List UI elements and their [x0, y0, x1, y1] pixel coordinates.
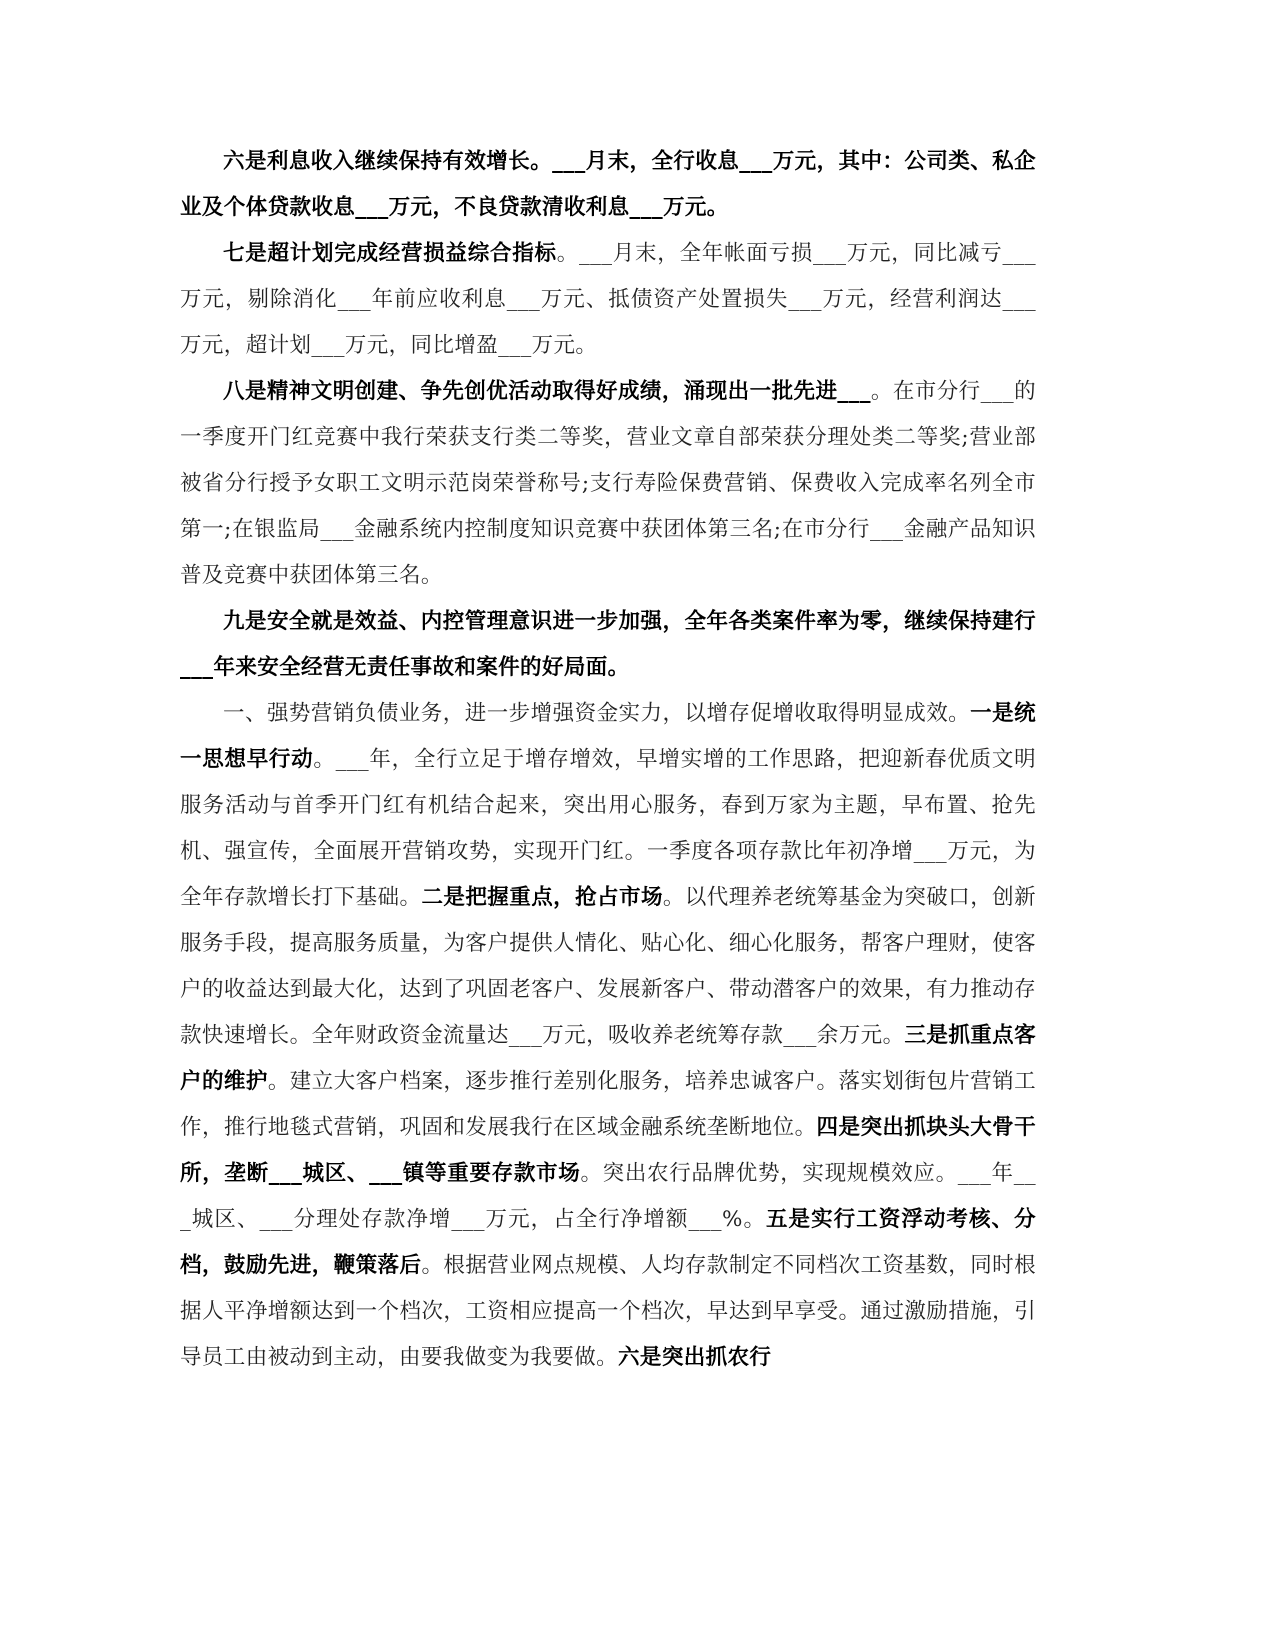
bold-text: 六是利息收入继续保持有效增长。___月末，全行收息___万元，其中：公司类、私企…	[180, 149, 1036, 220]
paragraph-liability-marketing: 一、强势营销负债业务，进一步增强资金实力，以增存促增收取得明显成效。一是统一思想…	[180, 691, 1036, 1381]
bold-point-2: 二是把握重点，抢占市场	[421, 885, 662, 910]
paragraph-safety: 九是安全就是效益、内控管理意识进一步加强，全年各类案件率为零，继续保持建行___…	[180, 599, 1036, 691]
section-heading: 一、强势营销负债业务，进一步增强资金实力，以增存促增收取得明显成效。	[223, 701, 970, 726]
bold-heading: 七是超计划完成经营损益综合指标	[223, 241, 557, 266]
bold-text: 九是安全就是效益、内控管理意识进一步加强，全年各类案件率为零，继续保持建行___…	[180, 609, 1036, 680]
body-text: 。在市分行___的一季度开门红竞赛中我行荣获支行类二等奖，营业文章自部荣获分理处…	[180, 379, 1036, 588]
bold-heading: 八是精神文明创建、争先创优活动取得好成绩，涌现出一批先进___	[223, 379, 871, 404]
paragraph-profit-loss: 七是超计划完成经营损益综合指标。___月末，全年帐面亏损___万元，同比减亏__…	[180, 231, 1036, 369]
document-page: 六是利息收入继续保持有效增长。___月末，全行收息___万元，其中：公司类、私企…	[180, 139, 1036, 1381]
bold-point-6: 六是突出抓农行	[618, 1345, 771, 1370]
paragraph-interest-income: 六是利息收入继续保持有效增长。___月末，全行收息___万元，其中：公司类、私企…	[180, 139, 1036, 231]
paragraph-civilization-awards: 八是精神文明创建、争先创优活动取得好成绩，涌现出一批先进___。在市分行___的…	[180, 369, 1036, 599]
